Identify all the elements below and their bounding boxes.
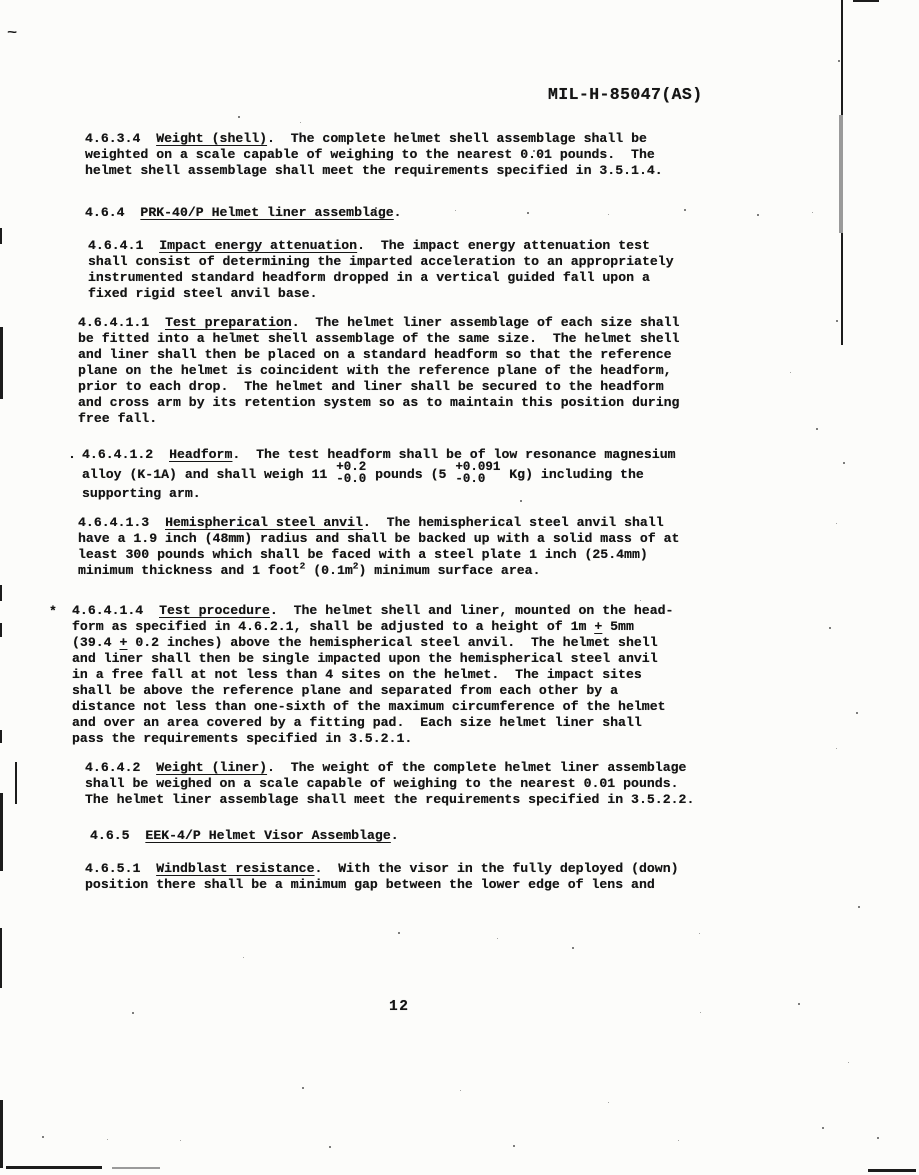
text-run: have a 1.9 inch (48mm) radius and shall … [78,531,679,546]
text-run: 0.2 inches) above the hemispherical stee… [127,635,657,650]
text-line: position there shall be a minimum gap be… [85,877,919,893]
text-run: plane on the helmet is coincident with t… [78,363,672,378]
paragraph: 4.6.5.1 Windblast resistance. With the v… [85,861,919,893]
scan-speck [460,1090,461,1091]
text-run: distance not less than one-sixth of the … [72,699,666,714]
text-line: in a free fall at not less than 4 sites … [72,667,919,683]
text-run: weighted on a scale capable of weighing … [85,147,655,162]
text-line: 4.6.4.1.3 Hemispherical steel anvil. The… [78,515,919,531]
section-title: Impact energy attenuation [159,238,357,253]
text-line: alloy (K-1A) and shall weigh 11 +0.2-0.0… [82,463,919,486]
text-run: ) minimum surface area. [358,563,540,578]
text-run: (39.4 [72,635,119,650]
pen-mark: ~ [7,26,17,41]
scanned-document-page: { "header": { "doc_id": "MIL-H-85047(AS)… [0,0,919,1175]
text-run: . [391,828,399,843]
scan-edge-line-left-2 [0,327,3,399]
scan-speck [329,1146,331,1148]
text-line: plane on the helmet is coincident with t… [78,363,919,379]
text-line: and over an area covered by a fitting pa… [72,715,919,731]
section-title: EEK-4/P Helmet Visor Assemblage [145,828,390,843]
text-line: and liner shall then be single impacted … [72,651,919,667]
tolerance-stack: +0.2-0.0 [335,462,367,485]
text-run: and liner shall then be placed on a stan… [78,347,672,362]
paragraph: *4.6.4.1.4 Test procedure. The helmet sh… [72,603,919,747]
text-run: 4.6.4.1 [88,238,159,253]
text-run: fixed rigid steel anvil base. [88,286,318,301]
scan-edge-line-bottom-2 [112,1167,160,1169]
paragraph: 4.6.4.1.3 Hemispherical steel anvil. The… [78,515,919,579]
text-run: instrumented standard headform dropped i… [88,270,650,285]
text-run: shall be weighed on a scale capable of w… [85,776,679,791]
text-run: least 300 pounds which shall be faced wi… [78,547,648,562]
text-run: 4.6.3.4 [85,131,156,146]
section-title: Hemispherical steel anvil [165,515,363,530]
text-line: free fall. [78,411,919,427]
scan-speck [533,150,535,152]
paragraph: 4.6.3.4 Weight (shell). The complete hel… [85,131,919,179]
text-line: fixed rigid steel anvil base. [88,286,919,302]
text-line: be fitted into a helmet shell assemblage… [78,331,919,347]
scan-speck [375,207,377,209]
text-run: 4.6.4.1.3 [78,515,165,530]
text-run: 4.6.4.1.1 [78,315,165,330]
section-title: Windblast resistance [156,861,314,876]
scan-speck [398,932,400,934]
text-line: distance not less than one-sixth of the … [72,699,919,715]
text-line: shall be weighed on a scale capable of w… [85,776,919,792]
scan-speck [877,1137,879,1139]
text-run: . The complete helmet shell assemblage s… [267,131,647,146]
text-line: pass the requirements specified in 3.5.2… [72,731,919,747]
text-run: . The test headform shall be of low reso… [232,447,675,462]
text-line: least 300 pounds which shall be faced wi… [78,547,919,563]
text-line: supporting arm. [82,486,919,502]
text-line: 4.6.4.1.1 Test preparation. The helmet l… [78,315,919,331]
scan-edge-smudge-right [839,115,843,233]
text-run: 4.6.4 [85,205,140,220]
text-run: shall consist of determining the imparte… [88,254,674,269]
scan-speck [848,1062,849,1063]
text-run: alloy (K-1A) and shall weigh 11 [82,467,335,482]
paragraph-marker: * [49,604,57,620]
text-line: and cross arm by its retention system so… [78,395,919,411]
paragraph: 4.6.4.1.1 Test preparation. The helmet l… [78,315,919,427]
text-line: have a 1.9 inch (48mm) radius and shall … [78,531,919,547]
scan-speck [107,1139,108,1140]
text-run: and cross arm by its retention system so… [78,395,679,410]
text-run: 4.6.4.1.4 [72,603,159,618]
text-run: helmet shell assemblage shall meet the r… [85,163,663,178]
text-run: . The helmet liner assemblage of each si… [292,315,680,330]
text-line: minimum thickness and 1 foot2 (0.1m2) mi… [78,563,919,579]
text-run: position there shall be a minimum gap be… [85,877,655,892]
scan-speck [243,957,244,958]
scan-speck [132,1012,134,1014]
text-run: 4.6.4.2 [85,760,156,775]
section-title: Weight (liner) [156,760,267,775]
scan-speck [856,712,858,714]
scan-speck [836,523,837,524]
text-run: 4.6.5 [90,828,145,843]
section-title: Test procedure [159,603,270,618]
text-line: helmet shell assemblage shall meet the r… [85,163,919,179]
scan-speck [513,1145,515,1147]
scan-speck [527,212,529,214]
paragraph: 4.6.4 PRK-40/P Helmet liner assemblage. [85,205,919,221]
text-run: . The helmet shell and liner, mounted on… [270,603,674,618]
margin-tick [15,762,17,804]
paragraph: 4.6.4.2 Weight (liner). The weight of th… [85,760,919,808]
text-run: . The hemispherical steel anvil shall [363,515,664,530]
section-title: Weight (shell) [156,131,267,146]
scan-speck [238,116,240,118]
section-title: Headform [169,447,232,462]
scan-edge-line-left-7 [0,928,2,988]
scan-speck [455,210,456,211]
scan-edge-line-left-8 [0,1100,3,1168]
scan-edge-line-left-3 [0,585,2,601]
text-run: (0.1m [305,563,352,578]
text-run: pass the requirements specified in 3.5.2… [72,731,412,746]
text-line: shall be above the reference plane and s… [72,683,919,699]
text-run: . [394,205,402,220]
text-run: . With the visor in the fully deployed (… [315,861,679,876]
scan-speck [608,1102,609,1103]
text-line: (39.4 + 0.2 inches) above the hemispheri… [72,635,919,651]
scan-speck [300,122,301,123]
text-line: 4.6.5 EEK-4/P Helmet Visor Assemblage. [90,828,919,844]
text-run: The helmet liner assemblage shall meet t… [85,792,694,807]
paragraph: .4.6.4.1.2 Headform. The test headform s… [82,447,919,502]
scan-speck [816,428,818,430]
text-line: 4.6.4.1 Impact energy attenuation. The i… [88,238,919,254]
text-run: form as specified in 4.6.2.1, shall be a… [72,619,594,634]
scan-speck [798,1003,800,1005]
scan-speck [608,214,609,215]
text-line: form as specified in 4.6.2.1, shall be a… [72,619,919,635]
page-number: 12 [389,999,409,1015]
scan-speck [836,748,837,749]
scan-speck [790,372,791,373]
scan-speck [640,600,641,601]
text-run: and liner shall then be single impacted … [72,651,658,666]
text-line: 4.6.4 PRK-40/P Helmet liner assemblage. [85,205,919,221]
tolerance-stack: +0.091-0.0 [454,462,501,485]
text-run: be fitted into a helmet shell assemblage… [78,331,679,346]
text-line: The helmet liner assemblage shall meet t… [85,792,919,808]
scan-speck [180,1140,181,1141]
text-run: 4.6.4.1.2 [82,447,169,462]
text-run: minimum thickness and 1 foot [78,563,300,578]
text-run: supporting arm. [82,486,201,501]
paragraph-marker: . [68,447,76,463]
scan-speck [858,906,860,908]
scan-speck [572,947,574,949]
text-run: . The weight of the complete helmet line… [267,760,686,775]
text-run: . The impact energy attenuation test [357,238,650,253]
scan-speck [497,938,498,939]
text-run: free fall. [78,411,157,426]
text-run: 5mm [602,619,634,634]
scan-speck [700,1012,701,1013]
text-line: 4.6.4.1.2 Headform. The test headform sh… [82,447,919,463]
scan-edge-line-bottom-1 [6,1166,102,1169]
scan-speck [520,500,522,502]
paragraph: 4.6.5 EEK-4/P Helmet Visor Assemblage. [90,828,919,844]
section-title: PRK-40/P Helmet liner assemblage [140,205,393,220]
scan-speck [684,209,686,211]
text-run: shall be above the reference plane and s… [72,683,618,698]
scan-speck [838,60,840,62]
text-line: prior to each drop. The helmet and liner… [78,379,919,395]
text-line: 4.6.3.4 Weight (shell). The complete hel… [85,131,919,147]
text-run: prior to each drop. The helmet and liner… [78,379,664,394]
scan-speck [699,933,700,934]
text-run: in a free fall at not less than 4 sites … [72,667,642,682]
document-body: 4.6.3.4 Weight (shell). The complete hel… [0,0,919,893]
scan-edge-line-bottom-3 [868,1169,916,1172]
scan-edge-line-left-5 [0,730,2,743]
text-line: 4.6.4.1.4 Test procedure. The helmet she… [72,603,919,619]
paragraph: 4.6.4.1 Impact energy attenuation. The i… [88,238,919,302]
scan-speck [836,320,838,322]
text-line: and liner shall then be placed on a stan… [78,347,919,363]
text-line: 4.6.5.1 Windblast resistance. With the v… [85,861,919,877]
text-run: pounds (5 [367,467,454,482]
scan-speck [302,1087,304,1089]
scan-edge-tick-top [853,0,879,2]
scan-speck [822,1127,824,1129]
text-line: weighted on a scale capable of weighing … [85,147,919,163]
scan-speck [843,462,845,464]
text-line: 4.6.4.2 Weight (liner). The weight of th… [85,760,919,776]
scan-edge-line-left-6 [0,793,3,871]
text-run: and over an area covered by a fitting pa… [72,715,642,730]
scan-speck [678,1140,679,1141]
scan-edge-line-left-4 [0,623,2,637]
text-line: shall consist of determining the imparte… [88,254,919,270]
text-line: instrumented standard headform dropped i… [88,270,919,286]
scan-edge-line-left-1 [0,228,2,244]
text-run: Kg) including the [501,467,643,482]
scan-speck [829,627,831,629]
text-run: 4.6.5.1 [85,861,156,876]
scan-speck [757,214,759,216]
scan-speck [42,1136,44,1138]
section-title: Test preparation [165,315,292,330]
scan-speck [812,212,813,213]
